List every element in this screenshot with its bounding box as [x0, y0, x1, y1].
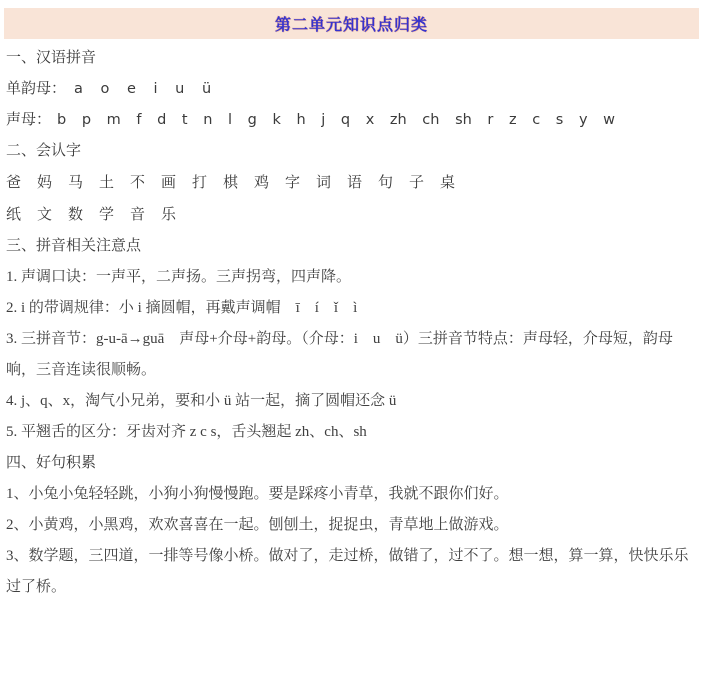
note-item-2: 2. i 的带调规律：小 i 摘圆帽，再戴声调帽 ī í ǐ ì [6, 293, 702, 324]
note-item-4: 4. j、q、x，淘气小兄弟，要和小 ü 站一起，摘了圆帽还念 ü [6, 386, 702, 417]
vowels-letters: a o e i u ü [66, 81, 211, 97]
section-heading-sentences: 四、好句积累 [6, 448, 702, 479]
vowels-label: 单韵母： [6, 81, 66, 97]
note-item-5: 5. 平翘舌的区分：牙齿对齐 z c s，舌头翘起 zh、ch、sh [6, 417, 702, 448]
initials-line: 声母：b p m f d t n l g k h j q x zh ch sh … [6, 105, 702, 136]
document-body: 一、汉语拼音 单韵母：a o e i u ü 声母：b p m f d t n … [0, 39, 712, 603]
section-heading-characters: 二、会认字 [6, 136, 702, 167]
section-heading-pinyin: 一、汉语拼音 [6, 43, 702, 74]
sentence-item-3: 3、数学题，三四道，一排等号像小桥。做对了，走过桥，做错了，过不了。想一想，算一… [6, 541, 702, 603]
section-pinyin-notes: 三、拼音相关注意点 1. 声调口诀：一声平，二声扬。三声拐弯，四声降。 2. i… [6, 231, 702, 448]
recognize-chars-row-2: 纸文数学音乐 [6, 199, 702, 231]
vowels-line: 单韵母：a o e i u ü [6, 74, 702, 105]
sentence-item-1: 1、小兔小兔轻轻跳，小狗小狗慢慢跑。要是踩疼小青草，我就不跟你们好。 [6, 479, 702, 510]
recognize-chars-row-1: 爸妈马土不画打棋鸡字词语句子桌 [6, 167, 702, 199]
note-item-1: 1. 声调口诀：一声平，二声扬。三声拐弯，四声降。 [6, 262, 702, 293]
title-bar: 第二单元知识点归类 [4, 8, 699, 39]
initials-label: 声母： [6, 112, 51, 128]
sentence-item-2: 2、小黄鸡，小黑鸡，欢欢喜喜在一起。刨刨土，捉捉虫，青草地上做游戏。 [6, 510, 702, 541]
section-heading-notes: 三、拼音相关注意点 [6, 231, 702, 262]
section-recognize-characters: 二、会认字 爸妈马土不画打棋鸡字词语句子桌 纸文数学音乐 [6, 136, 702, 231]
initials-letters: b p m f d t n l g k h j q x zh ch sh r z… [51, 112, 615, 128]
page-title: 第二单元知识点归类 [275, 12, 428, 35]
section-hanyu-pinyin: 一、汉语拼音 单韵母：a o e i u ü 声母：b p m f d t n … [6, 43, 702, 136]
note-item-3: 3. 三拼音节：g-u-ā→guā 声母+介母+韵母。（介母：i u ü）三拼音… [6, 324, 702, 386]
section-good-sentences: 四、好句积累 1、小兔小兔轻轻跳，小狗小狗慢慢跑。要是踩疼小青草，我就不跟你们好… [6, 448, 702, 603]
